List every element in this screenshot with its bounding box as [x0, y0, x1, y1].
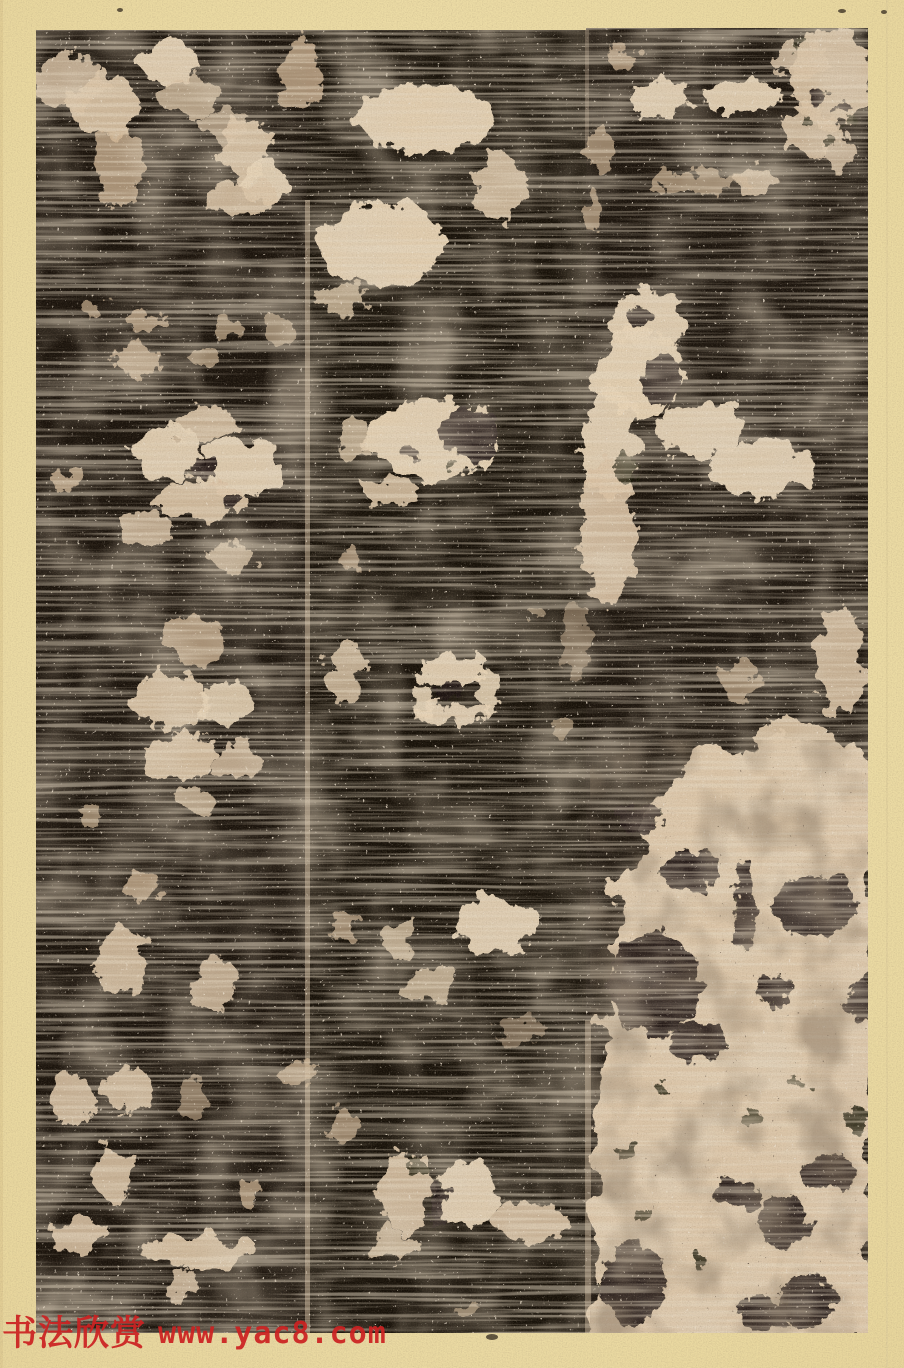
scan-page: 书法欣赏www.yac8.com: [0, 0, 904, 1368]
paper-grain-overlay: [0, 0, 904, 1368]
rubbing-artwork: [0, 0, 904, 1368]
